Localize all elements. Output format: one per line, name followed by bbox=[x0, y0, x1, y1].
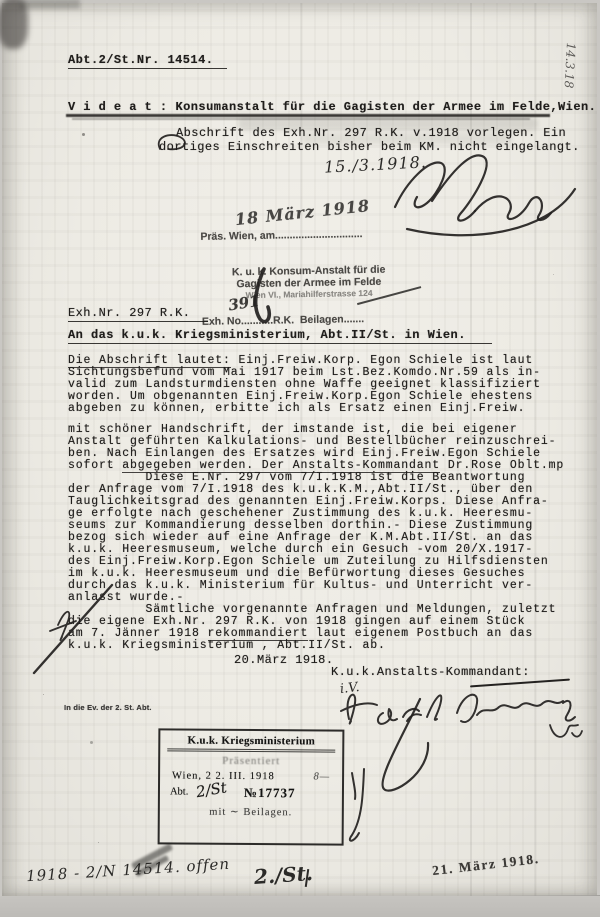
addressee-line: An das k.u.k. Kriegsministerium, Abt.II/… bbox=[68, 328, 492, 344]
km-stamp-date-mark: 8— bbox=[313, 771, 330, 782]
pen-mark-y bbox=[338, 763, 388, 851]
km-stamp-number: №17737 bbox=[244, 785, 296, 801]
document-scan: Abt.2/St.Nr. 14514. 14.3.18 V i d e a t … bbox=[0, 0, 600, 917]
exh-number-line: Exh.Nr. 297 R.K. bbox=[68, 306, 208, 322]
videat-target: Konsumanstalt für die Gagisten der Armee… bbox=[175, 100, 596, 114]
signature-paraph bbox=[542, 717, 586, 755]
pen-scribble bbox=[150, 129, 196, 155]
margin-check-stroke bbox=[24, 575, 124, 681]
body-line: k.u.k. Kriegsministerium , Abt.II/St. ab… bbox=[68, 640, 564, 652]
receipt-stamp-exh-mid: R.K. Beilagen bbox=[273, 313, 344, 326]
letter-date: 20.März 1918. bbox=[234, 653, 333, 667]
footer-handwritten-note: 1918 - 2/N 14514. offen bbox=[26, 855, 231, 885]
registry-note: In die Ev. der 2. St. Abt. bbox=[64, 703, 152, 712]
km-stamp-enclosures: mit ∼ Beilagen. bbox=[160, 805, 342, 818]
km-stamp-dept-label: Abt. bbox=[170, 786, 188, 797]
receipt-stamp-date-dots: .............................. bbox=[275, 228, 363, 242]
scan-background-strip bbox=[0, 896, 600, 917]
receipt-stamp-trail-dots: ....... bbox=[344, 313, 365, 325]
scan-specks bbox=[82, 133, 85, 136]
scan-blotch bbox=[20, 0, 80, 9]
videat-underline bbox=[66, 114, 550, 117]
pen-descender-stroke bbox=[246, 263, 282, 329]
corner-date-note: 14.3.18 bbox=[562, 42, 578, 88]
body-line: abgeben zu können, erbitte ich als Ersat… bbox=[68, 403, 564, 415]
km-stamp-title: K.u.k. Kriegsministerium bbox=[168, 734, 336, 752]
letter-page: Abt.2/St.Nr. 14514. 14.3.18 V i d e a t … bbox=[2, 3, 597, 896]
letter-body: Die Abschrift lautet: Einj.Freiw.Korp. E… bbox=[68, 355, 564, 652]
km-stamp-status: Präsentiert bbox=[160, 754, 342, 767]
receipt-stamp-date-label: Präs. Wien, am bbox=[200, 230, 275, 243]
km-stamp-dept-handwritten: 2/St bbox=[195, 778, 228, 801]
videat-underline-echo bbox=[72, 118, 530, 120]
videat-label: V i d e a t : bbox=[68, 100, 167, 114]
file-reference: Abt.2/St.Nr. 14514. bbox=[68, 53, 227, 69]
km-presentation-stamp: K.u.k. Kriegsministerium Präsentiert Wie… bbox=[158, 728, 345, 845]
instruction-line-1: Abschrift des Exh.Nr. 297 R.K. v.1918 vo… bbox=[176, 126, 566, 140]
receipt-stamp-handwritten-date: 18 März 1918 bbox=[234, 196, 371, 229]
footer-date-stamp: 21. März 1918. bbox=[431, 851, 540, 879]
